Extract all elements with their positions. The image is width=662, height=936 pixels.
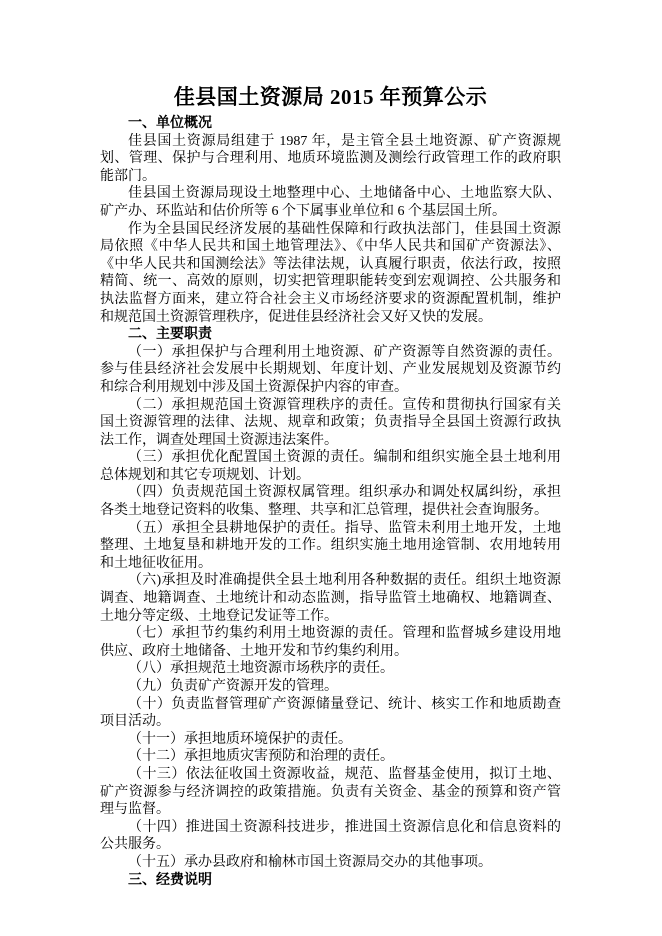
- duty-item-3: （三）承担优化配置国土资源的责任。编制和组织实施全县土地利用总体规划和其它专项规…: [100, 449, 561, 484]
- overview-paragraph-1: 佳县国土资源局组建于 1987 年，是主管全县土地资源、矿产资源规划、管理、保护…: [100, 133, 561, 186]
- duty-item-5: （五）承担全县耕地保护的责任。指导、监管未利用土地开发，土地整理、土地复垦和耕地…: [100, 520, 561, 573]
- document-page: 佳县国土资源局 2015 年预算公示 一、单位概况 佳县国土资源局组建于 198…: [0, 0, 662, 936]
- overview-paragraph-2: 佳县国土资源局现设土地整理中心、土地储备中心、土地监察大队、矿产办、环监站和估价…: [100, 185, 561, 220]
- document-body: 一、单位概况 佳县国土资源局组建于 1987 年，是主管全县土地资源、矿产资源规…: [100, 115, 561, 889]
- duty-item-12: （十二）承担地质灾害预防和治理的责任。: [100, 748, 561, 766]
- document-title: 佳县国土资源局 2015 年预算公示: [100, 84, 561, 110]
- duty-item-6: （六)承担及时准确提供全县土地利用各种数据的责任。组织土地资源调查、地籍调查、土…: [100, 572, 561, 625]
- duty-item-8: （八）承担规范土地资源市场秩序的责任。: [100, 660, 561, 678]
- section-heading-unit-overview: 一、单位概况: [100, 115, 561, 133]
- duty-item-14: （十四）推进国土资源科技进步，推进国土资源信息化和信息资料的公共服务。: [100, 819, 561, 854]
- duty-item-2: （二）承担规范国土资源管理秩序的责任。宣传和贯彻执行国家有关国土资源管理的法律、…: [100, 397, 561, 450]
- duty-item-10: （十）负责监督管理矿产资源储量登记、统计、核实工作和地质勘查项目活动。: [100, 696, 561, 731]
- duty-item-4: （四）负责规范国土资源权属管理。组织承办和调处权属纠纷，承担各类土地登记资料的收…: [100, 484, 561, 519]
- section-heading-expense-notes: 三、经费说明: [100, 872, 561, 890]
- duty-item-11: （十一）承担地质环境保护的责任。: [100, 731, 561, 749]
- section-heading-main-duties: 二、主要职责: [100, 326, 561, 344]
- duty-item-9: （九）负责矿产资源开发的管理。: [100, 678, 561, 696]
- duty-item-13: （十三）依法征收国土资源收益，规范、监督基金使用，拟订土地、矿产资源参与经济调控…: [100, 766, 561, 819]
- duty-item-1: （一）承担保护与合理利用土地资源、矿产资源等自然资源的责任。参与佳县经济社会发展…: [100, 344, 561, 397]
- duty-item-7: （七）承担节约集约利用土地资源的责任。管理和监督城乡建设用地供应、政府土地储备、…: [100, 625, 561, 660]
- duty-item-15: （十五）承办县政府和榆林市国土资源局交办的其他事项。: [100, 854, 561, 872]
- overview-paragraph-3: 作为全县国民经济发展的基础性保障和行政执法部门，佳县国土资源局依照《中华人民共和…: [100, 221, 561, 327]
